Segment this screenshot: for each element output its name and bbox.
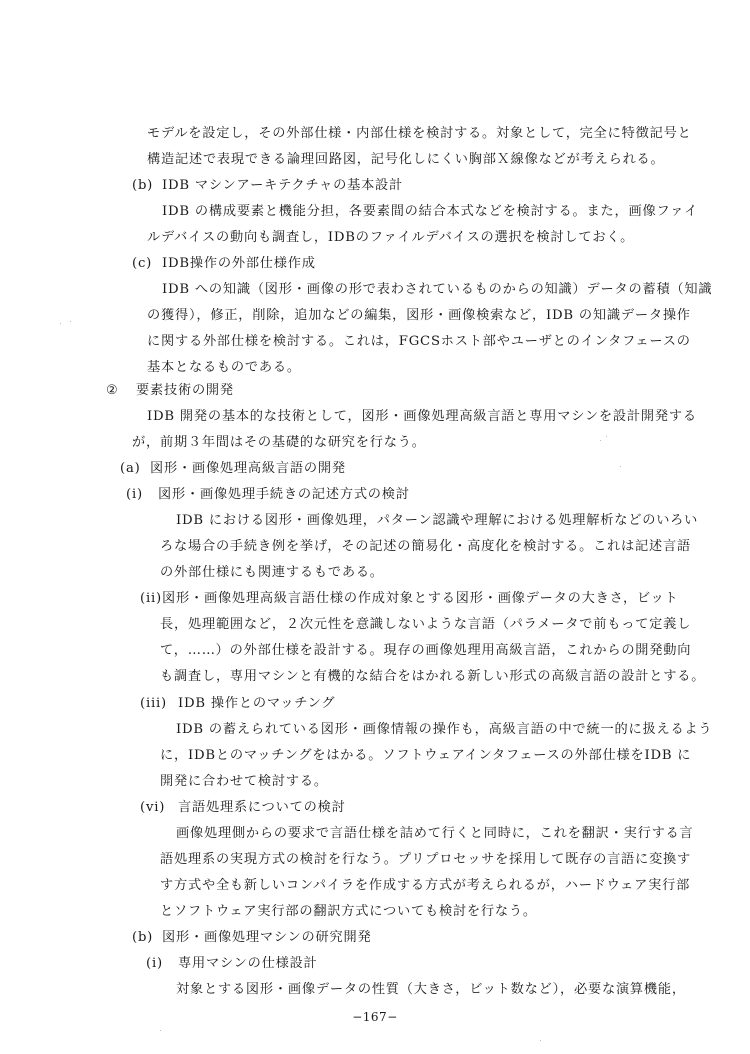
subsection-heading-vi: (vi)言語処理系についての検討: [140, 800, 346, 816]
body-line: IDB の構成要素と機能分担，各要素間の結合本式などを検討する。また，画像ファイ: [162, 204, 698, 220]
body-line: 開発に合わせて検討する。: [160, 774, 328, 790]
heading-text: 専用マシンの仕様設計: [178, 956, 318, 971]
heading-text: IDB 操作とのマッチング: [178, 696, 335, 711]
scan-speck: [160, 1030, 161, 1031]
scan-speck: [600, 440, 601, 441]
scan-speck: [70, 321, 71, 322]
section-heading-2: ②要素技術の開発: [106, 383, 234, 399]
subsection-heading-i2: (i)専用マシンの仕様設計: [146, 956, 318, 972]
heading-text: 図形・画像処理マシンの研究開発: [162, 930, 371, 945]
body-line: 長，処理範囲など，２次元性を意識しないような言語（パラメータで前もって定義し: [160, 617, 691, 633]
scan-speck: [606, 436, 607, 437]
document-page: モデルを設定し，その外部仕様・内部仕様を検討する。対象として，完全に特徴記号と …: [0, 0, 750, 1054]
body-line: に，IDBとのマッチングをはかる。ソフトウェアインタフェースの外部仕様をIDB …: [160, 748, 691, 764]
item-label: (b): [132, 178, 162, 194]
body-line: ルデバイスの動向も調査し，IDBのファイルデバイスの選択を検討しておく。: [147, 230, 634, 246]
item-label: (i): [126, 487, 158, 503]
heading-text: IDB マシンアーキテクチャの基本設計: [162, 178, 403, 193]
body-line: の外部仕様にも関連するもである。: [160, 565, 384, 581]
item-label: (iii): [140, 696, 178, 712]
body-line: て，……）の外部仕様を設計する。現存の画像処理用高級言語，これからの開発動向: [160, 643, 691, 659]
heading-text: 言語処理系についての検討: [178, 800, 346, 815]
body-line: IDB 開発の基本的な技術として，図形・画像処理高級言語と専用マシンを設計開発す…: [147, 409, 697, 425]
item-label: (ii): [140, 591, 162, 607]
heading-text: 図形・画像処理高級言語仕様の作成対象とする図形・画像データの大きさ，ビット: [162, 591, 678, 606]
section-heading-c: (c)IDB操作の外部仕様作成: [132, 256, 316, 272]
item-label: (b): [132, 930, 162, 946]
scan-speck: [540, 1040, 541, 1041]
scan-speck: [60, 323, 61, 324]
section-heading-b2: (b)図形・画像処理マシンの研究開発: [132, 930, 371, 946]
item-label: (a): [120, 461, 150, 477]
scan-speck: [620, 466, 621, 467]
body-line: ろな場合の手続き例を挙げ，その記述の簡易化・高度化を検討する。これは記述言語: [160, 539, 691, 555]
body-line: に関する外部仕様を検討する。これは，FGCSホスト部やユーザとのインタフェースの: [147, 334, 691, 350]
heading-text: 要素技術の開発: [136, 383, 234, 398]
body-line: IDB の蓄えられている図形・画像情報の操作も，高級言語の中で統一的に扱えるよう: [176, 722, 712, 738]
body-line: モデルを設定し，その外部仕様・内部仕様を検討する。対象として，完全に特徴記号と: [147, 126, 692, 142]
section-heading-b: (b)IDB マシンアーキテクチャの基本設計: [132, 178, 403, 194]
heading-text: 図形・画像処理手続きの記述方式の検討: [158, 487, 410, 502]
body-line: 構造記述で表現できる論理回路図，記号化しにくい胸部Ｘ線像などが考えられる。: [147, 152, 665, 168]
item-label: (c): [132, 256, 162, 272]
body-line: の獲得），修正，削除，追加などの編集，図形・画像検索など，IDB の知識データ操…: [147, 308, 691, 324]
body-line: IDB への知識（図形・画像の形で表わされているものからの知識）データの蓄積（知…: [162, 282, 712, 298]
subsection-heading-ii: (ii)図形・画像処理高級言語仕様の作成対象とする図形・画像データの大きさ，ビッ…: [140, 591, 678, 607]
heading-text: IDB操作の外部仕様作成: [162, 256, 316, 271]
body-line: 対象とする図形・画像データの性質（大きさ，ビット数など），必要な演算機能，: [176, 982, 686, 998]
section-heading-a: (a)図形・画像処理高級言語の開発: [120, 461, 346, 477]
body-line: す方式や全も新しいコンパイラを作成する方式が考えられるが，ハードウェア実行部: [160, 878, 690, 894]
body-line: IDB における図形・画像処理，パターン認識や理解における処理解析などのいろい: [176, 513, 698, 529]
item-label: ②: [106, 383, 136, 399]
item-label: (vi): [140, 800, 178, 816]
body-line: 語処理系の実現方式の検討を行なう。プリプロセッサを採用して既存の言語に変換す: [160, 852, 691, 868]
body-line: とソフトウェア実行部の翻訳方式についても検討を行なう。: [160, 904, 537, 920]
body-line: 基本となるものである。: [147, 360, 301, 376]
body-line: 画像処理側からの要求で言語仕様を詰めて行くと同時に，これを翻訳・実行する言: [176, 826, 694, 842]
body-line: も調査し，専用マシンと有機的な結合をはかれる新しい形式の高級言語の設計とする。: [160, 669, 705, 685]
body-line: が，前期３年間はその基礎的な研究を行なう。: [132, 435, 426, 451]
item-label: (i): [146, 956, 178, 972]
heading-text: 図形・画像処理高級言語の開発: [150, 461, 346, 476]
page-number: −167−: [0, 1010, 750, 1024]
subsection-heading-iii: (iii)IDB 操作とのマッチング: [140, 696, 335, 712]
subsection-heading-i: (i)図形・画像処理手続きの記述方式の検討: [126, 487, 410, 503]
